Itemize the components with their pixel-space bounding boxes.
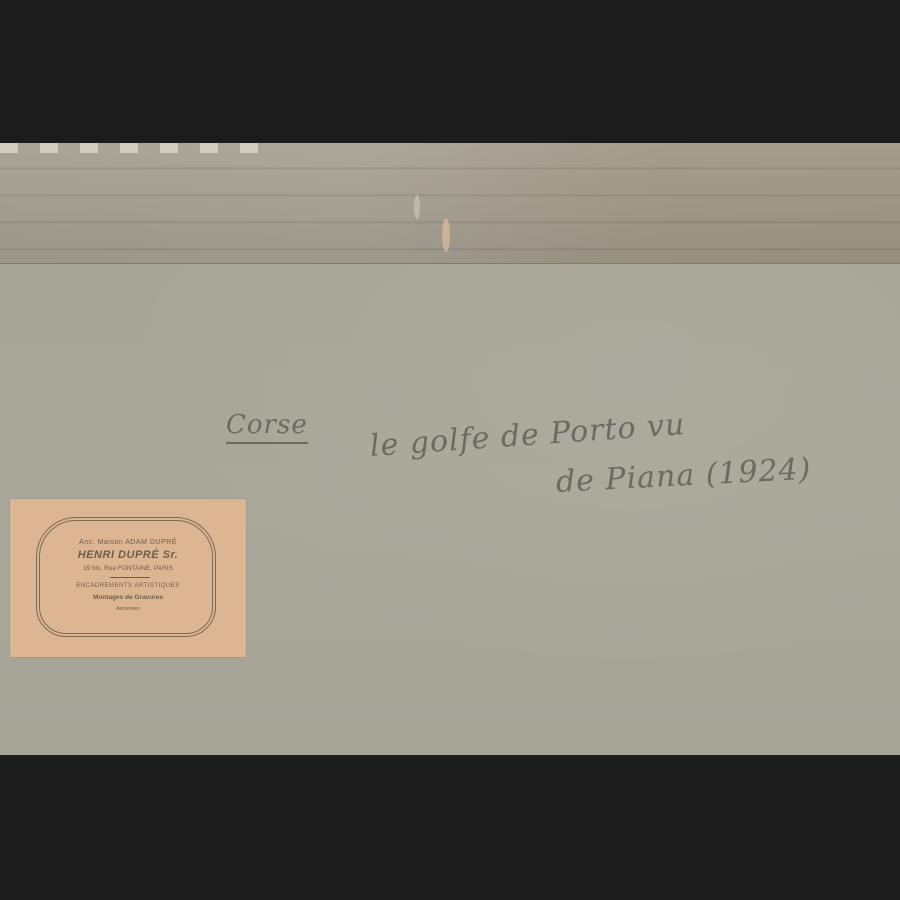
handwritten-title-line-1: le golfe de Porto vu	[369, 407, 687, 464]
label-line-1: Anc. Maison ADAM DUPRÉ	[10, 539, 246, 546]
torn-paper-edge	[0, 143, 270, 153]
frame-top-strip	[0, 143, 900, 264]
mounting-board: Corse le golfe de Porto vu de Piana (192…	[0, 264, 900, 755]
scratch-mark	[414, 195, 420, 219]
label-line-6: Anciennes	[10, 606, 246, 612]
label-line-3: 19 bis, Rue FONTAINE, PARIS	[10, 565, 246, 572]
scratch-mark	[442, 218, 450, 252]
photo: Corse le golfe de Porto vu de Piana (192…	[0, 143, 900, 755]
label-line-2: HENRI DUPRÉ Sr.	[10, 549, 246, 561]
handwritten-title-line-2: de Piana (1924)	[555, 452, 812, 500]
label-line-5: Montages de Gravures	[10, 594, 246, 601]
framer-label: Anc. Maison ADAM DUPRÉ HENRI DUPRÉ Sr. 1…	[10, 499, 246, 657]
label-divider	[110, 577, 150, 578]
label-line-4: ENCADREMENTS ARTISTIQUES	[10, 583, 246, 589]
handwritten-heading: Corse	[226, 410, 308, 444]
